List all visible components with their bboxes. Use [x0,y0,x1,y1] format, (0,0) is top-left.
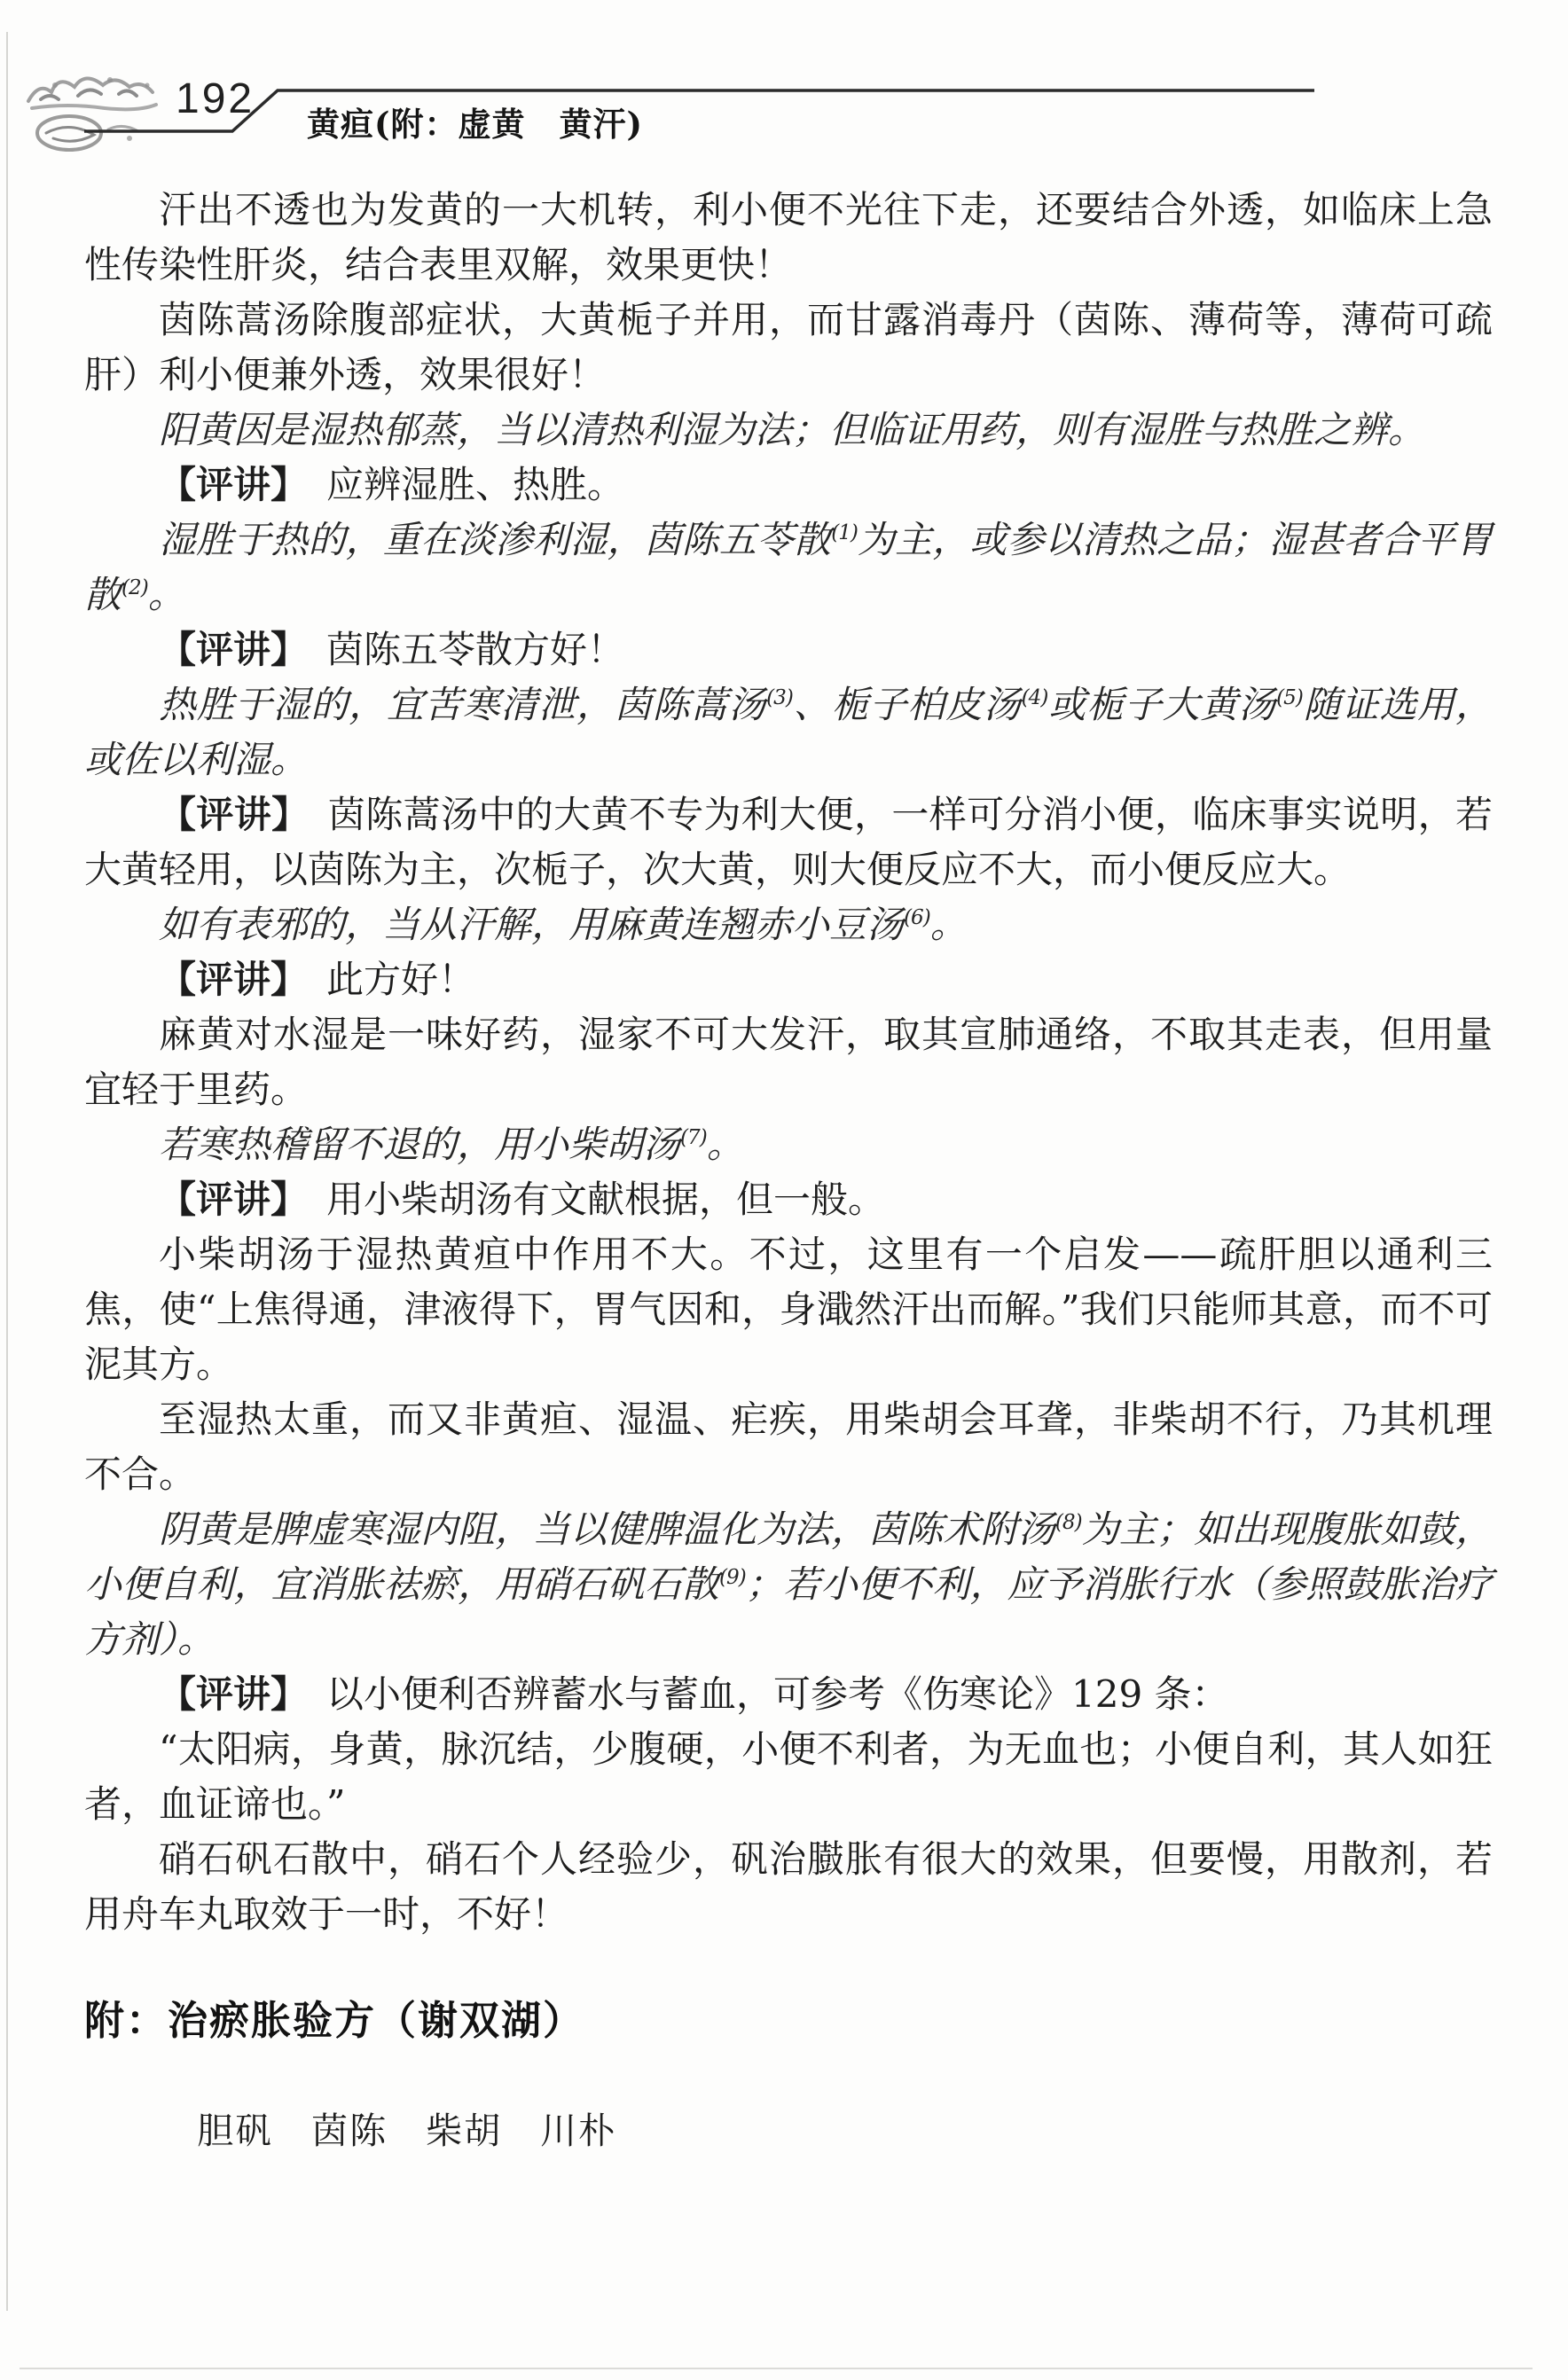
commentary-label: 【评讲】 [159,628,289,671]
paragraph: 若寒热稽留不退的，用小柴胡汤(7)。 [84,1117,1493,1172]
paragraph: 阴黄是脾虚寒湿内阻，当以健脾温化为法，茵陈术附汤(8)为主；如出现腹胀如鼓，小便… [84,1502,1493,1667]
page-edge-left [6,32,8,2311]
footnote-ref: (2) [122,576,148,599]
header-rule [0,0,1568,177]
paragraph: 麻黄对水湿是一味好药，湿家不可大发汗，取其宣肺通络，不取其走表，但用量宜轻于里药… [84,1007,1493,1117]
paragraph: 如有表邪的，当从汗解，用麻黄连翘赤小豆汤(6)。 [84,897,1493,952]
footnote-ref: (7) [680,1126,707,1149]
commentary-label: 【评讲】 [159,463,289,506]
paragraph: “太阳病，身黄，脉沉结，少腹硬，小便不利者，为无血也；小便自利，其人如狂者，血证… [84,1722,1493,1832]
paragraph: 热胜于湿的，宜苦寒清泄，茵陈蒿汤(3)、栀子柏皮汤(4)或栀子大黄汤(5)随证选… [84,677,1493,787]
commentary-paragraph: 【评讲】 应辨湿胜、热胜。 [84,458,1493,513]
commentary-label: 【评讲】 [159,793,290,836]
commentary-label: 【评讲】 [159,958,289,1001]
footnote-ref: (3) [766,686,793,709]
formula-ingredients: 胆矾 茵陈 柴胡 川朴 [84,2103,1493,2158]
commentary-label: 【评讲】 [159,1178,289,1221]
commentary-paragraph: 【评讲】 此方好！ [84,952,1493,1007]
book-page: 192 黄疸(附：虚黄 黄汗) 汗出不透也为发黄的一大机转，利小便不光往下走，还… [0,0,1568,2380]
paragraph: 茵陈蒿汤除腹部症状，大黄栀子并用，而甘露消毒丹（茵陈、薄荷等，薄荷可疏肝）利小便… [84,293,1493,403]
footnote-ref: (9) [719,1566,746,1589]
paragraph: 小柴胡汤于湿热黄疸中作用不大。不过，这里有一个启发——疏肝胆以通利三焦，使“上焦… [84,1227,1493,1392]
appendix-heading: 附：治瘀胀验方（谢双湖） [84,1993,1493,2048]
paragraph: 至湿热太重，而又非黄疸、湿温、疟疾，用柴胡会耳聋，非柴胡不行，乃其机理不合。 [84,1392,1493,1502]
paragraph-list: 汗出不透也为发黄的一大机转，利小便不光往下走，还要结合外透，如临床上急性传染性肝… [84,183,1493,1942]
footnote-ref: (6) [904,906,930,929]
footnote-ref: (4) [1022,686,1048,709]
commentary-paragraph: 【评讲】 以小便利否辨蓄水与蓄血，可参考《伤寒论》129 条： [84,1667,1493,1722]
commentary-paragraph: 【评讲】 茵陈五苓散方好！ [84,622,1493,677]
paragraph: 阳黄因是湿热郁蒸，当以清热利湿为法；但临证用药，则有湿胜与热胜之辨。 [84,403,1493,458]
page-body: 汗出不透也为发黄的一大机转，利小便不光往下走，还要结合外透，如临床上急性传染性肝… [84,183,1493,2158]
commentary-paragraph: 【评讲】 茵陈蒿汤中的大黄不专为利大便，一样可分消小便，临床事实说明，若大黄轻用… [84,787,1493,897]
paragraph: 硝石矾石散中，硝石个人经验少，矾治臌胀有很大的效果，但要慢，用散剂，若用舟车丸取… [84,1832,1493,1942]
page-edge-bottom [20,2368,1533,2369]
footnote-ref: (5) [1276,686,1303,709]
chapter-title: 黄疸(附：虚黄 黄汗) [307,98,643,145]
paragraph: 汗出不透也为发黄的一大机转，利小便不光往下走，还要结合外透，如临床上急性传染性肝… [84,183,1493,293]
paragraph: 湿胜于热的，重在淡渗利湿，茵陈五苓散(1)为主，或参以清热之品；湿甚者合平胃散(… [84,513,1493,622]
commentary-label: 【评讲】 [159,1672,289,1716]
commentary-paragraph: 【评讲】 用小柴胡汤有文献根据，但一般。 [84,1172,1493,1227]
footnote-ref: (8) [1055,1511,1082,1534]
footnote-ref: (1) [831,521,858,544]
